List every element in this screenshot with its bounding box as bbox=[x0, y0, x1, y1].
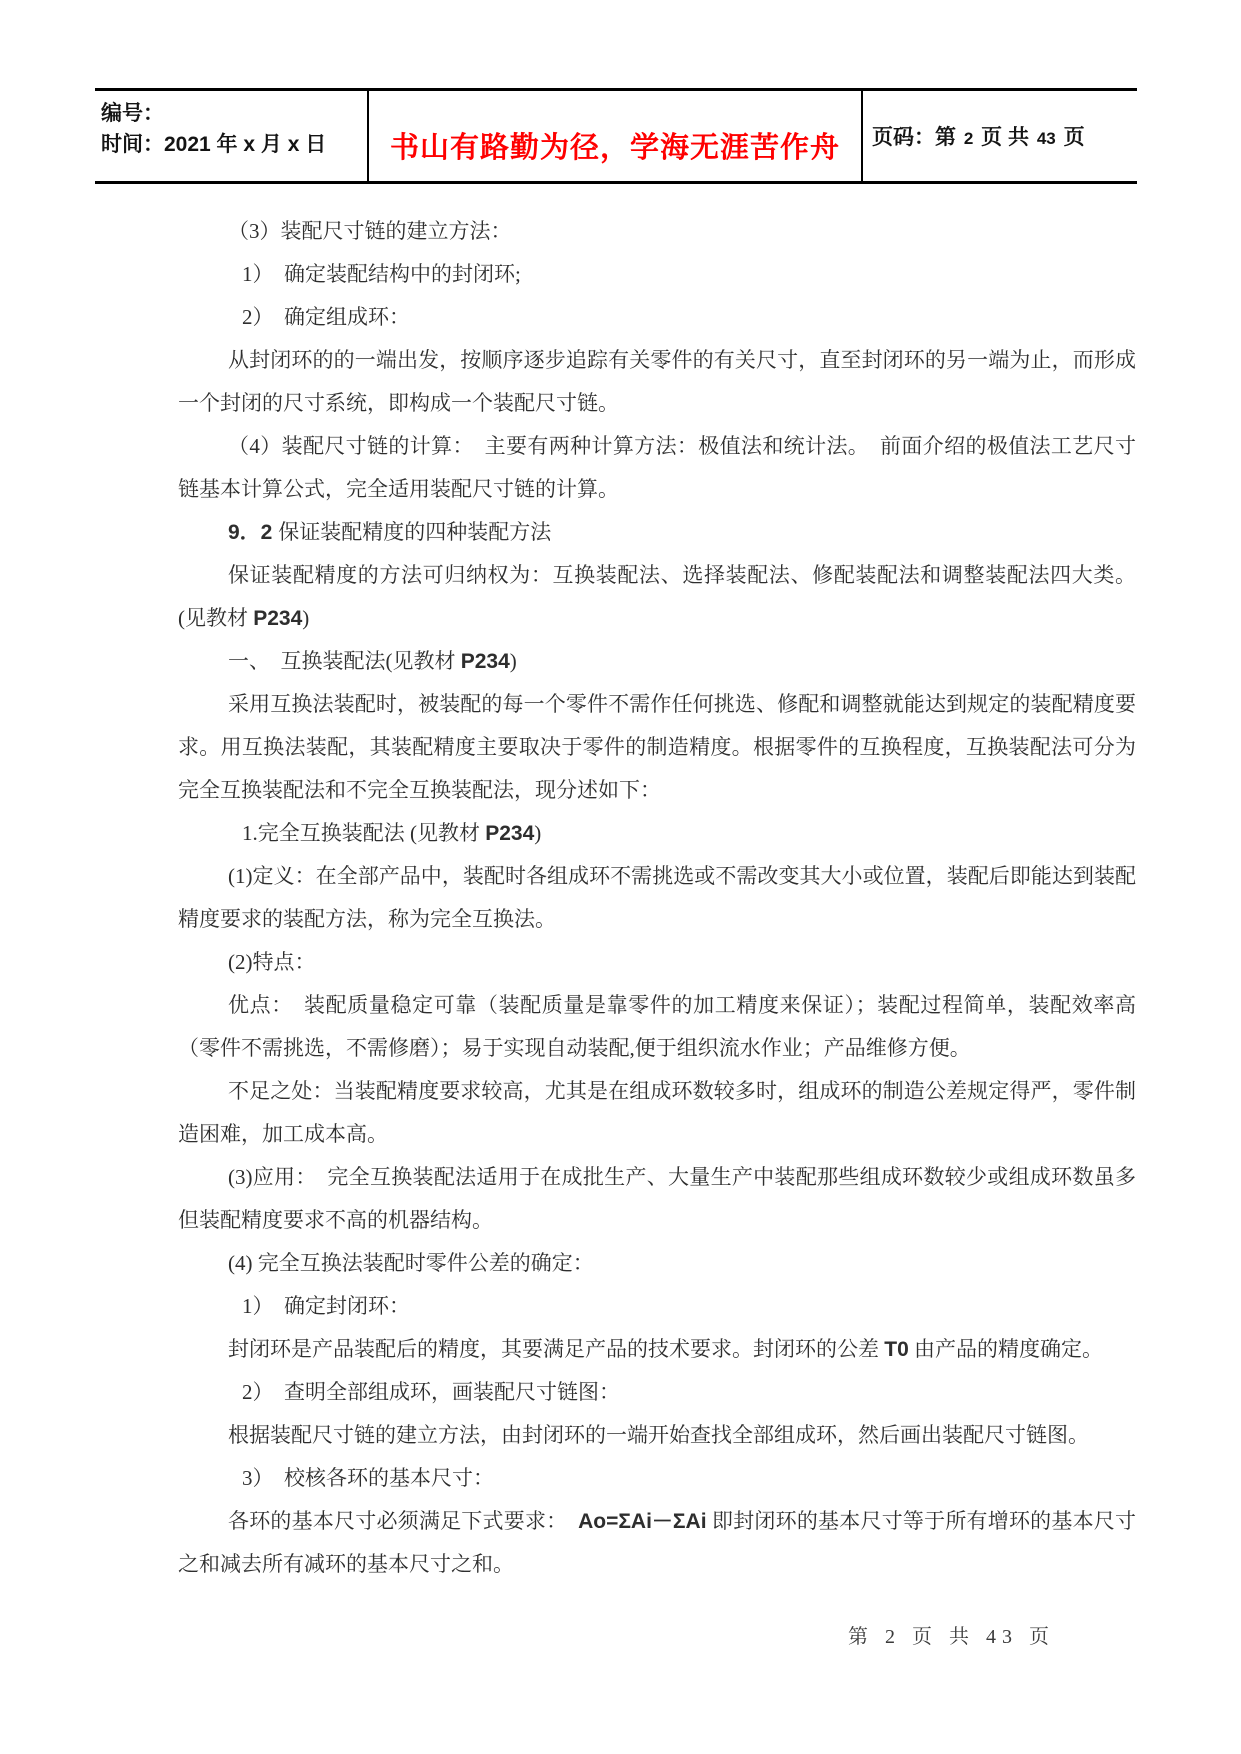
text-run: 各环的基本尺寸必须满足下式要求： bbox=[228, 1509, 578, 1533]
paragraph: (1)定义：在全部产品中，装配时各组成环不需挑选或不需改变其大小或位置，装配后即… bbox=[178, 855, 1136, 941]
text-run: (1)定义：在全部产品中，装配时各组成环不需挑选或不需改变其大小或位置，装配后即… bbox=[178, 864, 1136, 931]
text-run: 2） 查明全部组成环，画装配尺寸链图： bbox=[242, 1380, 620, 1404]
text-run: 一、 互换装配法(见教材 bbox=[228, 649, 461, 673]
text-run: 43 bbox=[1035, 129, 1058, 148]
paragraph: (3)应用： 完全互换装配法适用于在成批生产、大量生产中装配那些组成环数较少或组… bbox=[178, 1156, 1136, 1242]
text-run: 2 bbox=[962, 129, 975, 148]
paragraph: (2)特点： bbox=[178, 941, 1136, 984]
text-run: 由产品的精度确定。 bbox=[909, 1337, 1103, 1361]
text-run: ) bbox=[510, 649, 517, 673]
latin-text-run: P234 bbox=[485, 822, 534, 845]
text-run: 封闭环是产品装配后的精度，其要满足产品的技术要求。封闭环的公差 bbox=[228, 1337, 884, 1361]
latin-text-run: 9．2 bbox=[228, 521, 278, 544]
header-cell-page: 页码：第 2 页 共 43 页 bbox=[861, 91, 1137, 181]
latin-text-run: P234 bbox=[461, 650, 510, 673]
latin-text-run: T0 bbox=[884, 1338, 909, 1361]
latin-text-run: P234 bbox=[253, 607, 302, 630]
latin-text-run: Ao=ΣAi－ΣAi bbox=[578, 1510, 706, 1533]
header-motto-text: 书山有路勤为径，学海无涯苦作舟 bbox=[390, 125, 840, 166]
header-cell-number: 编号： 时间：2021 年 x 月 x 日 bbox=[95, 91, 367, 181]
text-run: 保证装配精度的方法可归纳权为：互换装配法、选择装配法、修配装配法和调整装配法四大… bbox=[178, 563, 1136, 630]
paragraph: 从封闭环的的一端出发，按顺序逐步追踪有关零件的有关尺寸，直至封闭环的另一端为止，… bbox=[178, 339, 1136, 425]
header-number-label: 编号： bbox=[101, 98, 367, 129]
header-date-line: 时间：2021 年 x 月 x 日 bbox=[101, 129, 367, 160]
paragraph: 封闭环是产品装配后的精度，其要满足产品的技术要求。封闭环的公差 T0 由产品的精… bbox=[178, 1328, 1136, 1371]
text-run: 优点： 装配质量稳定可靠（装配质量是靠零件的加工精度来保证）；装配过程简单，装配… bbox=[178, 993, 1136, 1060]
header-cell-motto: 书山有路勤为径，学海无涯苦作舟 bbox=[367, 91, 861, 181]
text-run: （3）装配尺寸链的建立方法： bbox=[228, 219, 512, 243]
paragraph: 保证装配精度的方法可归纳权为：互换装配法、选择装配法、修配装配法和调整装配法四大… bbox=[178, 554, 1136, 640]
paragraph: 3） 校核各环的基本尺寸： bbox=[178, 1457, 1136, 1500]
text-run: 采用互换法装配时，被装配的每一个零件不需作任何挑选、修配和调整就能达到规定的装配… bbox=[178, 692, 1136, 802]
header-table: 编号： 时间：2021 年 x 月 x 日 书山有路勤为径，学海无涯苦作舟 页码… bbox=[95, 88, 1137, 184]
text-run: 1） 确定封闭环： bbox=[242, 1294, 410, 1318]
text-run: (2)特点： bbox=[228, 950, 316, 974]
paragraph: 不足之处：当装配精度要求较高，尤其是在组成环数较多时，组成环的制造公差规定得严，… bbox=[178, 1070, 1136, 1156]
header-page-line: 页码：第 2 页 共 43 页 bbox=[872, 121, 1085, 151]
paragraph: 9．2 保证装配精度的四种装配方法 bbox=[178, 511, 1136, 554]
paragraph: 优点： 装配质量稳定可靠（装配质量是靠零件的加工精度来保证）；装配过程简单，装配… bbox=[178, 984, 1136, 1070]
text-run: 从封闭环的的一端出发，按顺序逐步追踪有关零件的有关尺寸，直至封闭环的另一端为止，… bbox=[178, 348, 1136, 415]
document-page: 编号： 时间：2021 年 x 月 x 日 书山有路勤为径，学海无涯苦作舟 页码… bbox=[0, 0, 1241, 1754]
text-run: 1） 确定装配结构中的封闭环; bbox=[242, 262, 521, 286]
document-body: （3）装配尺寸链的建立方法：1） 确定装配结构中的封闭环;2） 确定组成环：从封… bbox=[178, 210, 1136, 1586]
paragraph: （3）装配尺寸链的建立方法： bbox=[178, 210, 1136, 253]
text-run: 保证装配精度的四种装配方法 bbox=[278, 520, 551, 544]
paragraph: 1） 确定封闭环： bbox=[178, 1285, 1136, 1328]
text-run: 1.完全互换装配法 (见教材 bbox=[242, 821, 485, 845]
text-run: 根据装配尺寸链的建立方法，由封闭环的一端开始查找全部组成环，然后画出装配尺寸链图… bbox=[228, 1423, 1089, 1447]
text-run: 页码：第 bbox=[872, 126, 962, 149]
footer-page-number: 第 2 页 共 43 页 bbox=[848, 1620, 1055, 1649]
paragraph: 2） 查明全部组成环，画装配尺寸链图： bbox=[178, 1371, 1136, 1414]
text-run: 3） 校核各环的基本尺寸： bbox=[242, 1466, 494, 1490]
paragraph: (4) 完全互换法装配时零件公差的确定： bbox=[178, 1242, 1136, 1285]
text-run: (4) 完全互换法装配时零件公差的确定： bbox=[228, 1251, 594, 1275]
paragraph: （4）装配尺寸链的计算： 主要有两种计算方法：极值法和统计法。 前面介绍的极值法… bbox=[178, 425, 1136, 511]
text-run: 不足之处：当装配精度要求较高，尤其是在组成环数较多时，组成环的制造公差规定得严，… bbox=[178, 1079, 1136, 1146]
text-run: 2） 确定组成环： bbox=[242, 305, 410, 329]
text-run: ) bbox=[302, 606, 309, 630]
paragraph: 1） 确定装配结构中的封闭环; bbox=[178, 253, 1136, 296]
text-run: 页 共 bbox=[975, 126, 1035, 149]
text-run: 页 bbox=[1058, 126, 1085, 149]
paragraph: 根据装配尺寸链的建立方法，由封闭环的一端开始查找全部组成环，然后画出装配尺寸链图… bbox=[178, 1414, 1136, 1457]
paragraph: 1.完全互换装配法 (见教材 P234) bbox=[178, 812, 1136, 855]
paragraph: 各环的基本尺寸必须满足下式要求： Ao=ΣAi－ΣAi 即封闭环的基本尺寸等于所… bbox=[178, 1500, 1136, 1586]
paragraph: 2） 确定组成环： bbox=[178, 296, 1136, 339]
text-run: ) bbox=[534, 821, 541, 845]
text-run: （4）装配尺寸链的计算： 主要有两种计算方法：极值法和统计法。 前面介绍的极值法… bbox=[178, 434, 1136, 501]
text-run: (3)应用： 完全互换装配法适用于在成批生产、大量生产中装配那些组成环数较少或组… bbox=[178, 1165, 1136, 1232]
paragraph: 采用互换法装配时，被装配的每一个零件不需作任何挑选、修配和调整就能达到规定的装配… bbox=[178, 683, 1136, 812]
paragraph: 一、 互换装配法(见教材 P234) bbox=[178, 640, 1136, 683]
